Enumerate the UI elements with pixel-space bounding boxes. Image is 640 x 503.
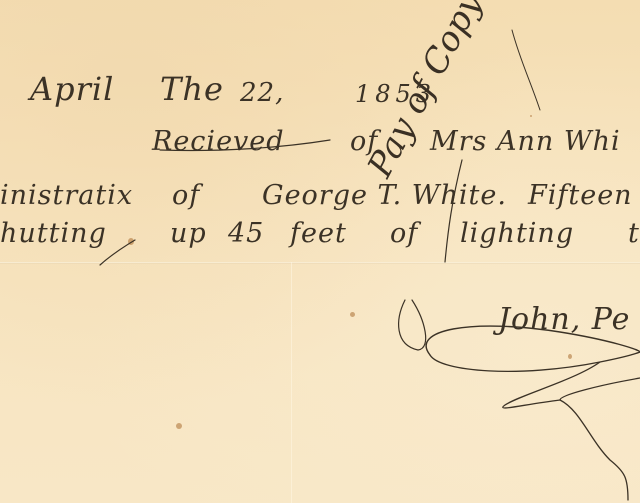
pen-flourishes bbox=[0, 0, 640, 503]
